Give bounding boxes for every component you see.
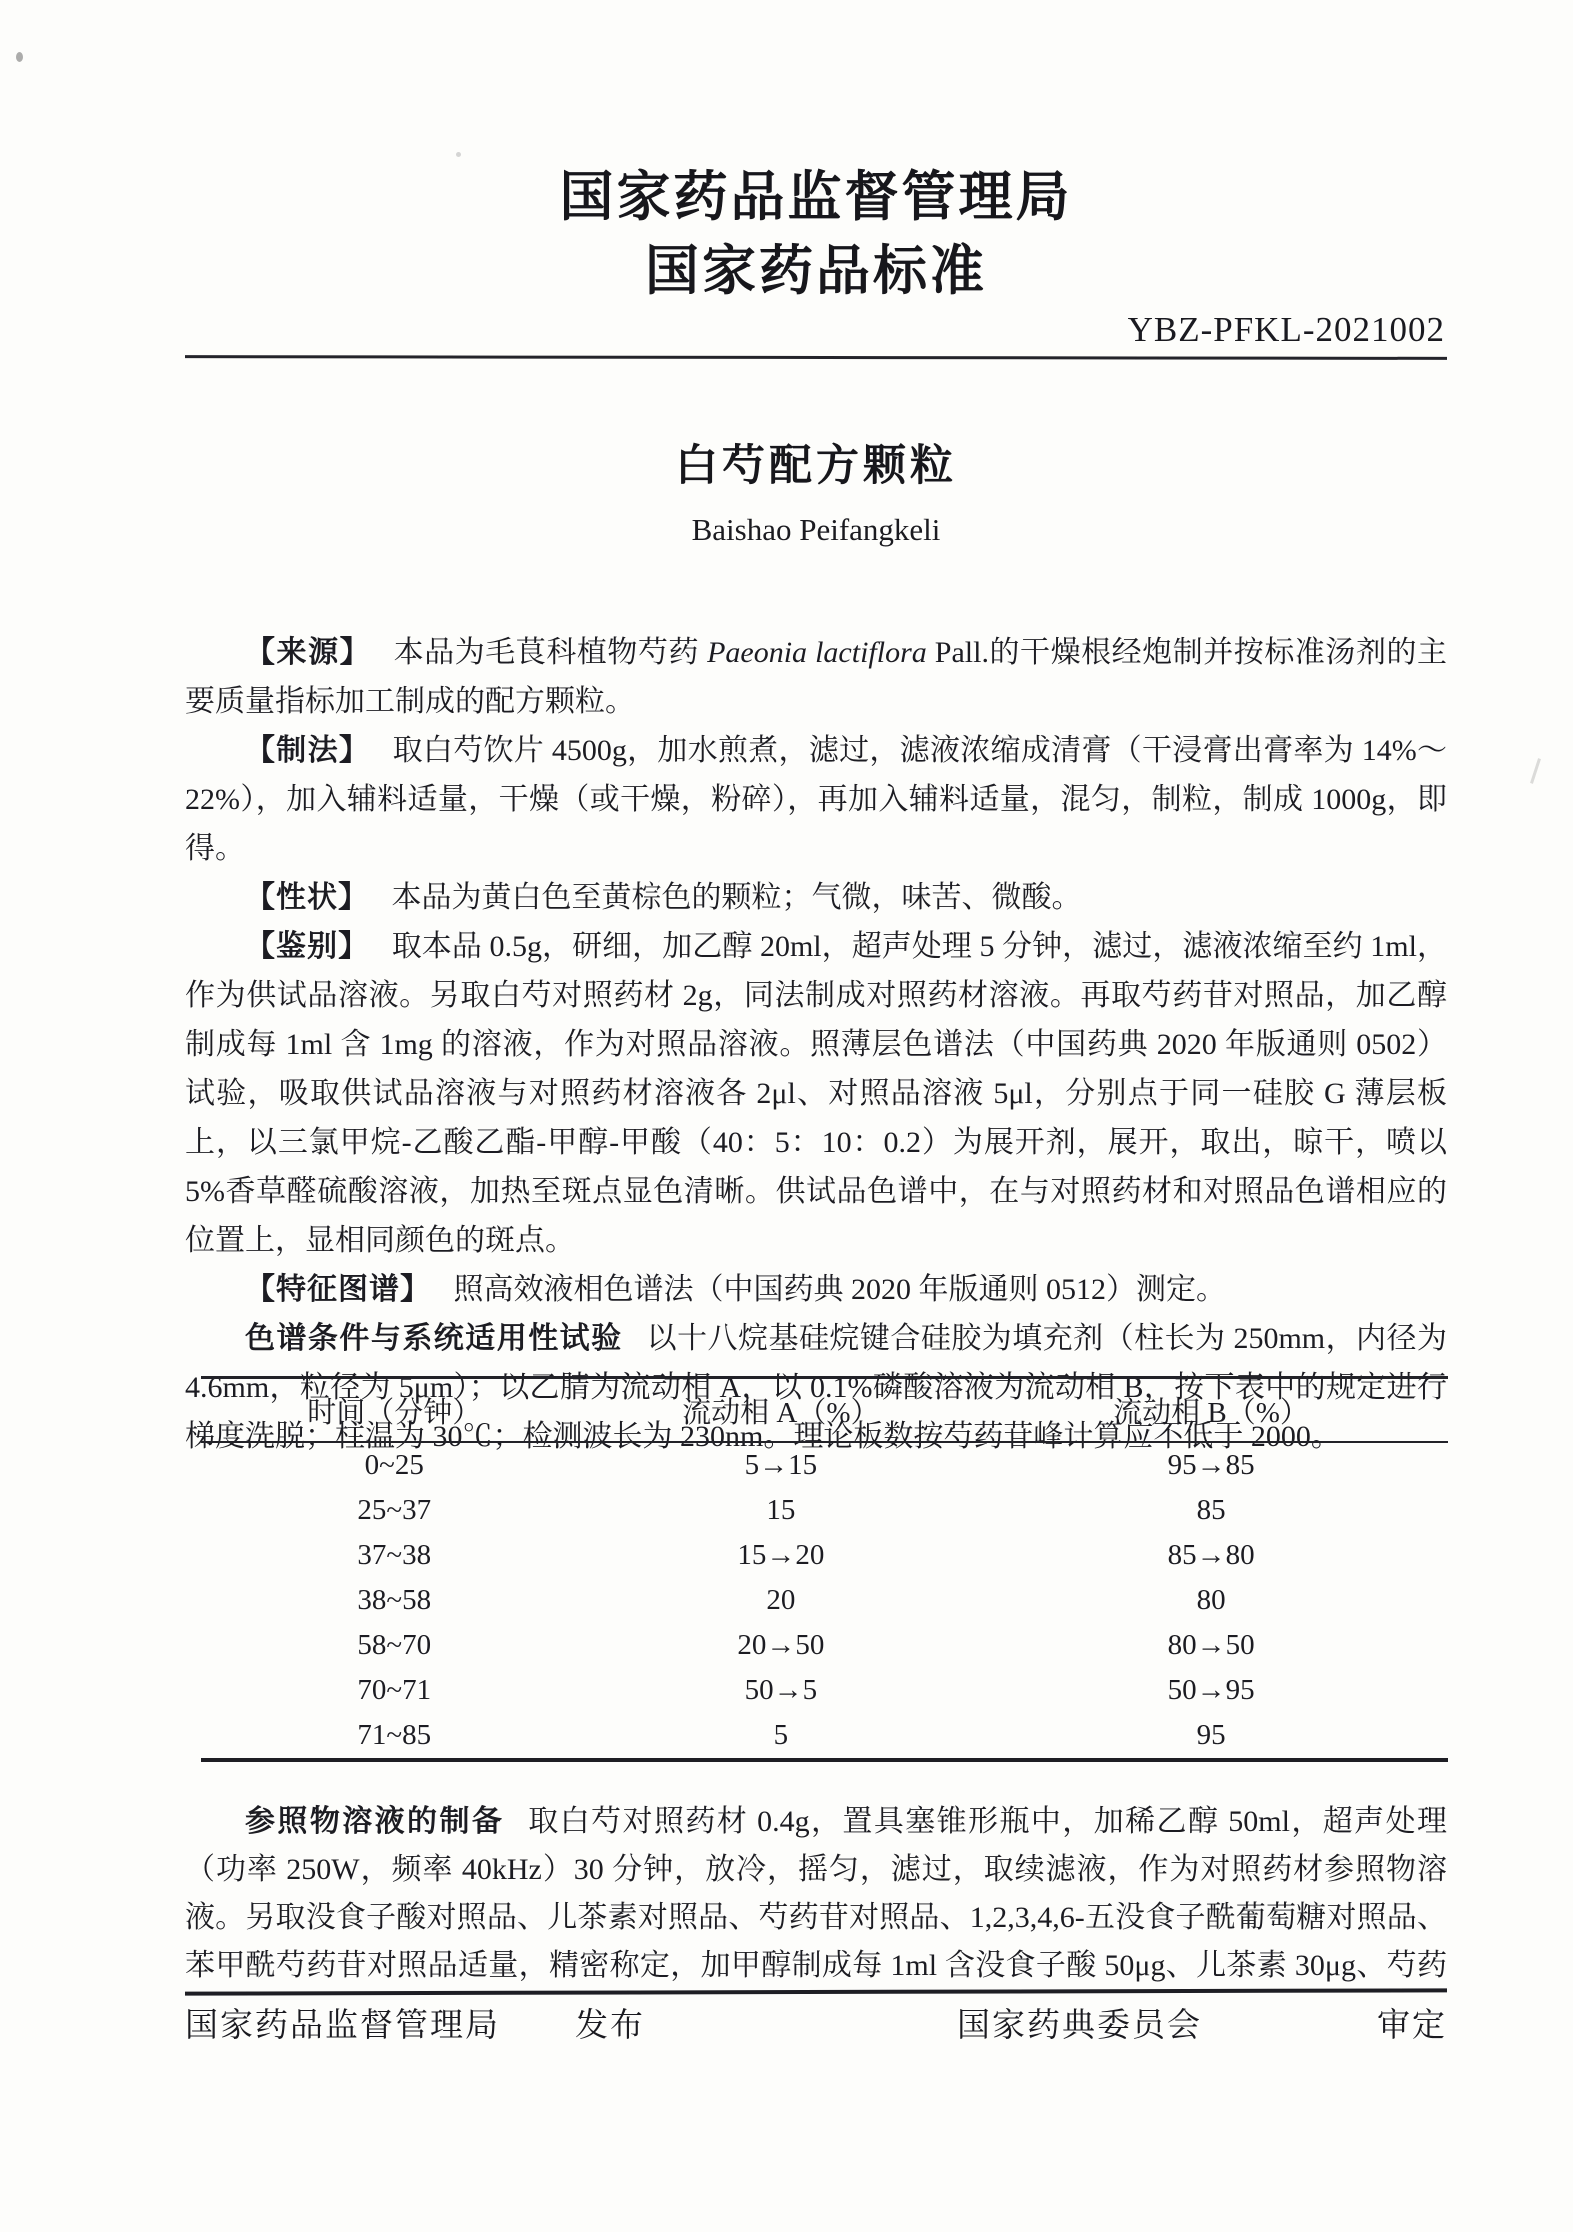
agency-title-line1: 国家药品监督管理局 [185,160,1447,234]
scan-artifact [1530,758,1541,784]
body-text-lower: 参照物溶液的制备取白芍对照药材 0.4g，置具塞锥形瓶中，加稀乙醇 50ml，超… [185,1798,1447,1990]
preparation-label: 【制法】 [245,734,370,767]
gradient-elution-table: 时间（分钟） 流动相 A（%） 流动相 B（%） 0~25 5→15 95→85… [201,1376,1448,1762]
footer-committee: 国家药典委员会 [957,1999,1202,2046]
header-time: 时间（分钟） [201,1378,588,1443]
feature-chromatogram-label: 【特征图谱】 [245,1273,431,1306]
source-label: 【来源】 [245,636,371,669]
cell-time: 25~37 [201,1488,588,1533]
description-paragraph: 【性状】本品为黄白色至黄棕色的颗粒；气微，味苦、微酸。 [185,873,1447,922]
cell-phase-b: 95→85 [974,1442,1448,1488]
cell-phase-a: 5→15 [588,1442,975,1488]
cell-phase-b: 50→95 [974,1668,1448,1713]
agency-title-line2: 国家药品标准 [185,234,1447,308]
page-content: 国家药品监督管理局 国家药品标准 YBZ-PFKL-2021002 白芍配方颗粒… [185,0,1447,2232]
table-row: 71~85 5 95 [201,1713,1448,1760]
footer-publish-action: 发布 [575,1999,645,2046]
table-row: 38~58 20 80 [201,1578,1448,1623]
header-mobile-phase-a: 流动相 A（%） [588,1378,975,1443]
cell-phase-a: 5 [588,1713,975,1760]
table-row: 37~38 15→20 85→80 [201,1533,1448,1578]
table-row: 58~70 20→50 80→50 [201,1623,1448,1668]
cell-phase-a: 15 [588,1488,975,1533]
cell-phase-a: 20 [588,1578,975,1623]
feature-chromatogram-text: 照高效液相色谱法（中国药典 2020 年版通则 0512）测定。 [454,1273,1227,1306]
feature-chromatogram-paragraph: 【特征图谱】照高效液相色谱法（中国药典 2020 年版通则 0512）测定。 [185,1265,1447,1314]
document-page: 国家药品监督管理局 国家药品标准 YBZ-PFKL-2021002 白芍配方颗粒… [0,0,1573,2232]
cell-time: 71~85 [201,1713,588,1760]
description-text: 本品为黄白色至黄棕色的颗粒；气微，味苦、微酸。 [392,881,1082,914]
table-row: 0~25 5→15 95→85 [201,1442,1448,1488]
standard-code: YBZ-PFKL-2021002 [1128,310,1445,350]
cell-time: 70~71 [201,1668,588,1713]
table-row: 25~37 15 85 [201,1488,1448,1533]
header-mobile-phase-b: 流动相 B（%） [974,1378,1448,1443]
hplc-conditions-heading: 色谱条件与系统适用性试验 [245,1322,623,1355]
drug-name-cn: 白芍配方颗粒 [185,432,1447,493]
footer-publisher: 国家药品监督管理局 [185,1999,500,2046]
identification-paragraph: 【鉴别】取本品 0.5g，研细，加乙醇 20ml，超声处理 5 分钟，滤过，滤液… [185,922,1447,1265]
reference-solution-heading: 参照物溶液的制备 [245,1805,504,1838]
cell-phase-b: 80 [974,1578,1448,1623]
cell-time: 38~58 [201,1578,588,1623]
agency-title-block: 国家药品监督管理局 国家药品标准 [185,160,1447,308]
page-footer: 国家药品监督管理局 发布 国家药典委员会 审定 [185,1999,1447,2045]
preparation-paragraph: 【制法】取白芍饮片 4500g，加水煎煮，滤过，滤液浓缩成清膏（干浸膏出膏率为 … [185,726,1447,873]
preparation-text: 取白芍饮片 4500g，加水煎煮，滤过，滤液浓缩成清膏（干浸膏出膏率为 14%～… [185,734,1447,865]
footer-review-action: 审定 [1377,1999,1447,2046]
gradient-table-header: 时间（分钟） 流动相 A（%） 流动相 B（%） [201,1378,1448,1443]
header-divider [185,355,1447,360]
source-text-pre: 本品为毛茛科植物芍药 [394,636,707,669]
cell-time: 58~70 [201,1623,588,1668]
cell-phase-b: 80→50 [974,1623,1448,1668]
reference-solution-paragraph: 参照物溶液的制备取白芍对照药材 0.4g，置具塞锥形瓶中，加稀乙醇 50ml，超… [185,1798,1447,1990]
scan-artifact [16,52,23,62]
table-row: 70~71 50→5 50→95 [201,1668,1448,1713]
source-latin-name: Paeonia lactiflora [707,636,927,669]
source-paragraph: 【来源】本品为毛茛科植物芍药 Paeonia lactiflora Pall.的… [185,628,1447,726]
identification-text: 取本品 0.5g，研细，加乙醇 20ml，超声处理 5 分钟，滤过，滤液浓缩至约… [185,930,1447,1257]
cell-phase-a: 20→50 [588,1623,975,1668]
table-header-row: 时间（分钟） 流动相 A（%） 流动相 B（%） [201,1378,1448,1443]
cell-time: 0~25 [201,1442,588,1488]
description-label: 【性状】 [245,881,369,914]
gradient-table-body: 0~25 5→15 95→85 25~37 15 85 37~38 15→20 … [201,1442,1448,1760]
identification-label: 【鉴别】 [245,930,369,963]
cell-phase-b: 95 [974,1713,1448,1760]
cell-time: 37~38 [201,1533,588,1578]
drug-name-pinyin: Baishao Peifangkeli [185,512,1447,548]
cell-phase-a: 50→5 [588,1668,975,1713]
cell-phase-a: 15→20 [588,1533,975,1578]
cell-phase-b: 85 [974,1488,1448,1533]
cell-phase-b: 85→80 [974,1533,1448,1578]
body-text-upper: 【来源】本品为毛茛科植物芍药 Paeonia lactiflora Pall.的… [185,628,1447,1461]
